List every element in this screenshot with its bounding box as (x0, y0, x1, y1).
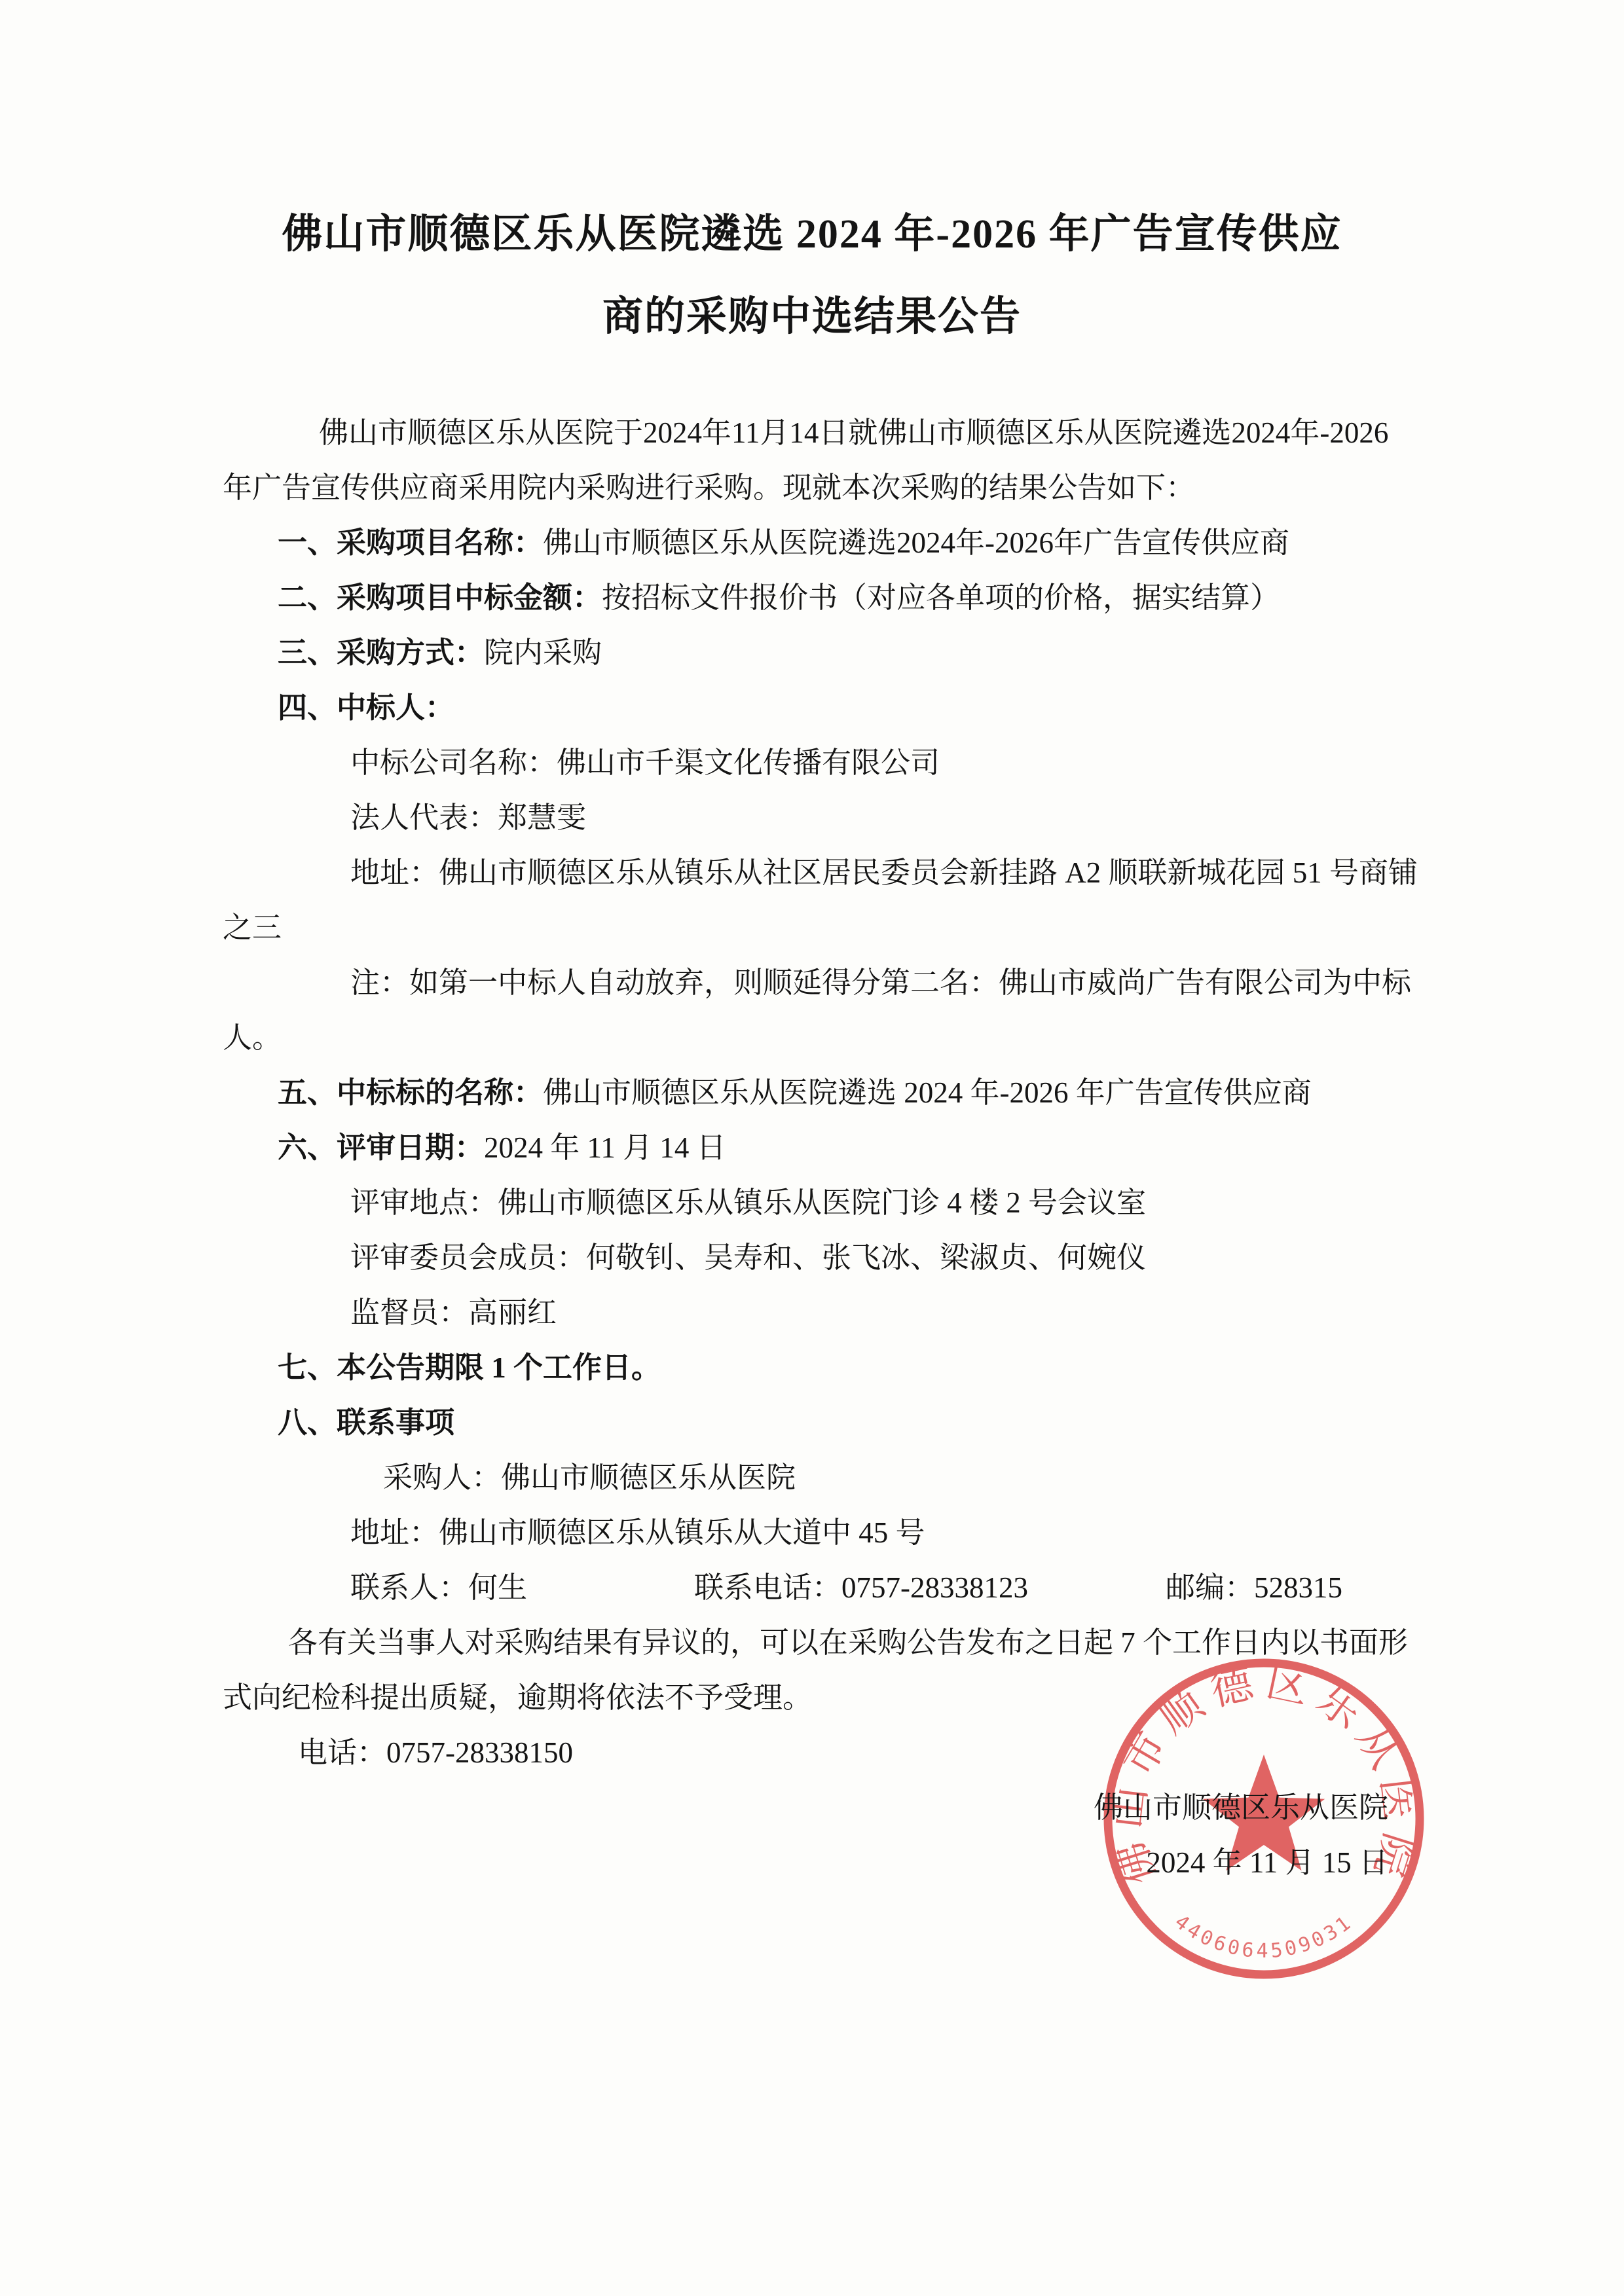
item-2-value: 按招标文件报价书（对应各单项的价格，据实结算） (602, 581, 1280, 614)
item-4-label: 四、中标人： (278, 691, 454, 724)
item-5-award-subject: 五、中标标的名称：佛山市顺德区乐从医院遴选 2024 年-2026 年广告宣传供… (223, 1065, 1401, 1120)
objection-line-2: 式向纪检科提出质疑，逾期将依法不予受理。 (223, 1670, 1401, 1725)
contact-person: 联系人：何生 (350, 1560, 527, 1615)
item-6-review-date: 六、评审日期：2024 年 11 月 14 日 (223, 1120, 1401, 1175)
winner-address-line-2: 之三 (223, 900, 1401, 955)
contact-phone: 联系电话：0757-28338123 (694, 1560, 1028, 1615)
item-2-award-amount: 二、采购项目中标金额：按招标文件报价书（对应各单项的价格，据实结算） (223, 570, 1401, 625)
review-venue-line: 评审地点：佛山市顺德区乐从镇乐从医院门诊 4 楼 2 号会议室 (223, 1175, 1401, 1230)
item-6-value: 2024 年 11 月 14 日 (484, 1131, 726, 1164)
document-content: 佛山市顺德区乐从医院遴选 2024 年-2026 年广告宣传供应 商的采购中选结… (223, 0, 1401, 1890)
item-1-value: 佛山市顺德区乐从医院遴选2024年-2026年广告宣传供应商 (543, 526, 1289, 559)
scanned-document-page: 佛山市顺德区乐从医院遴选 2024 年-2026 年广告宣传供应 商的采购中选结… (0, 0, 1624, 2296)
item-3-value: 院内采购 (484, 636, 602, 669)
item-2-label: 二、采购项目中标金额： (278, 581, 602, 614)
seal-code-text: 4406064509031 (1170, 1910, 1357, 1963)
contact-row: 联系人：何生 联系电话：0757-28338123 邮编：528315 (223, 1560, 1401, 1615)
review-supervisor-line: 监督员：高丽红 (223, 1285, 1401, 1340)
intro-line-2: 年广告宣传供应商采用院内采购进行采购。现就本次采购的结果公告如下： (223, 460, 1401, 515)
document-body: 佛山市顺德区乐从医院于2024年11月14日就佛山市顺德区乐从医院遴选2024年… (223, 405, 1401, 1890)
item-1-project-name: 一、采购项目名称：佛山市顺德区乐从医院遴选2024年-2026年广告宣传供应商 (223, 515, 1401, 570)
item-3-label: 三、采购方式： (278, 636, 484, 669)
contact-buyer-line: 采购人：佛山市顺德区乐从医院 (223, 1450, 1401, 1505)
winner-legal-rep-line: 法人代表：郑慧雯 (223, 790, 1401, 845)
item-7-notice-period: 七、本公告期限 1 个工作日。 (223, 1340, 1401, 1395)
item-8-contact-heading: 八、联系事项 (223, 1395, 1401, 1450)
signature-date: 2024 年 11 月 15 日 (223, 1835, 1401, 1890)
objection-line-1: 各有关当事人对采购结果有异议的，可以在采购公告发布之日起 7 个工作日内以书面形 (223, 1615, 1401, 1670)
contact-postal-code: 邮编：528315 (1166, 1560, 1342, 1615)
winner-note-line-1: 注：如第一中标人自动放弃，则顺延得分第二名：佛山市威尚广告有限公司为中标 (223, 955, 1401, 1010)
intro-line-1: 佛山市顺德区乐从医院于2024年11月14日就佛山市顺德区乐从医院遴选2024年… (223, 405, 1401, 460)
item-6-label: 六、评审日期： (278, 1131, 484, 1164)
contact-address-line: 地址：佛山市顺德区乐从镇乐从大道中 45 号 (223, 1505, 1401, 1560)
item-3-procurement-method: 三、采购方式：院内采购 (223, 625, 1401, 680)
title-line-2: 商的采购中选结果公告 (223, 276, 1401, 358)
title-line-1: 佛山市顺德区乐从医院遴选 2024 年-2026 年广告宣传供应 (223, 193, 1401, 276)
item-7-label: 七、本公告期限 1 个工作日。 (278, 1351, 661, 1384)
winner-company-line: 中标公司名称：佛山市千渠文化传播有限公司 (223, 735, 1401, 790)
item-5-value: 佛山市顺德区乐从医院遴选 2024 年-2026 年广告宣传供应商 (543, 1076, 1312, 1109)
item-4-winner-heading: 四、中标人： (223, 680, 1401, 735)
winner-address-line-1: 地址：佛山市顺德区乐从镇乐从社区居民委员会新挂路 A2 顺联新城花园 51 号商… (223, 845, 1401, 900)
item-1-label: 一、采购项目名称： (278, 526, 543, 559)
item-5-label: 五、中标标的名称： (278, 1076, 543, 1109)
page-title: 佛山市顺德区乐从医院遴选 2024 年-2026 年广告宣传供应 商的采购中选结… (223, 193, 1401, 358)
item-8-label: 八、联系事项 (278, 1406, 454, 1439)
signature-org: 佛山市顺德区乐从医院 (223, 1780, 1401, 1835)
review-committee-line: 评审委员会成员：何敬钊、吴寿和、张飞冰、梁淑贞、何婉仪 (223, 1230, 1401, 1285)
tel-line: 电话：0757-28338150 (223, 1725, 1401, 1780)
winner-note-line-2: 人。 (223, 1010, 1401, 1065)
